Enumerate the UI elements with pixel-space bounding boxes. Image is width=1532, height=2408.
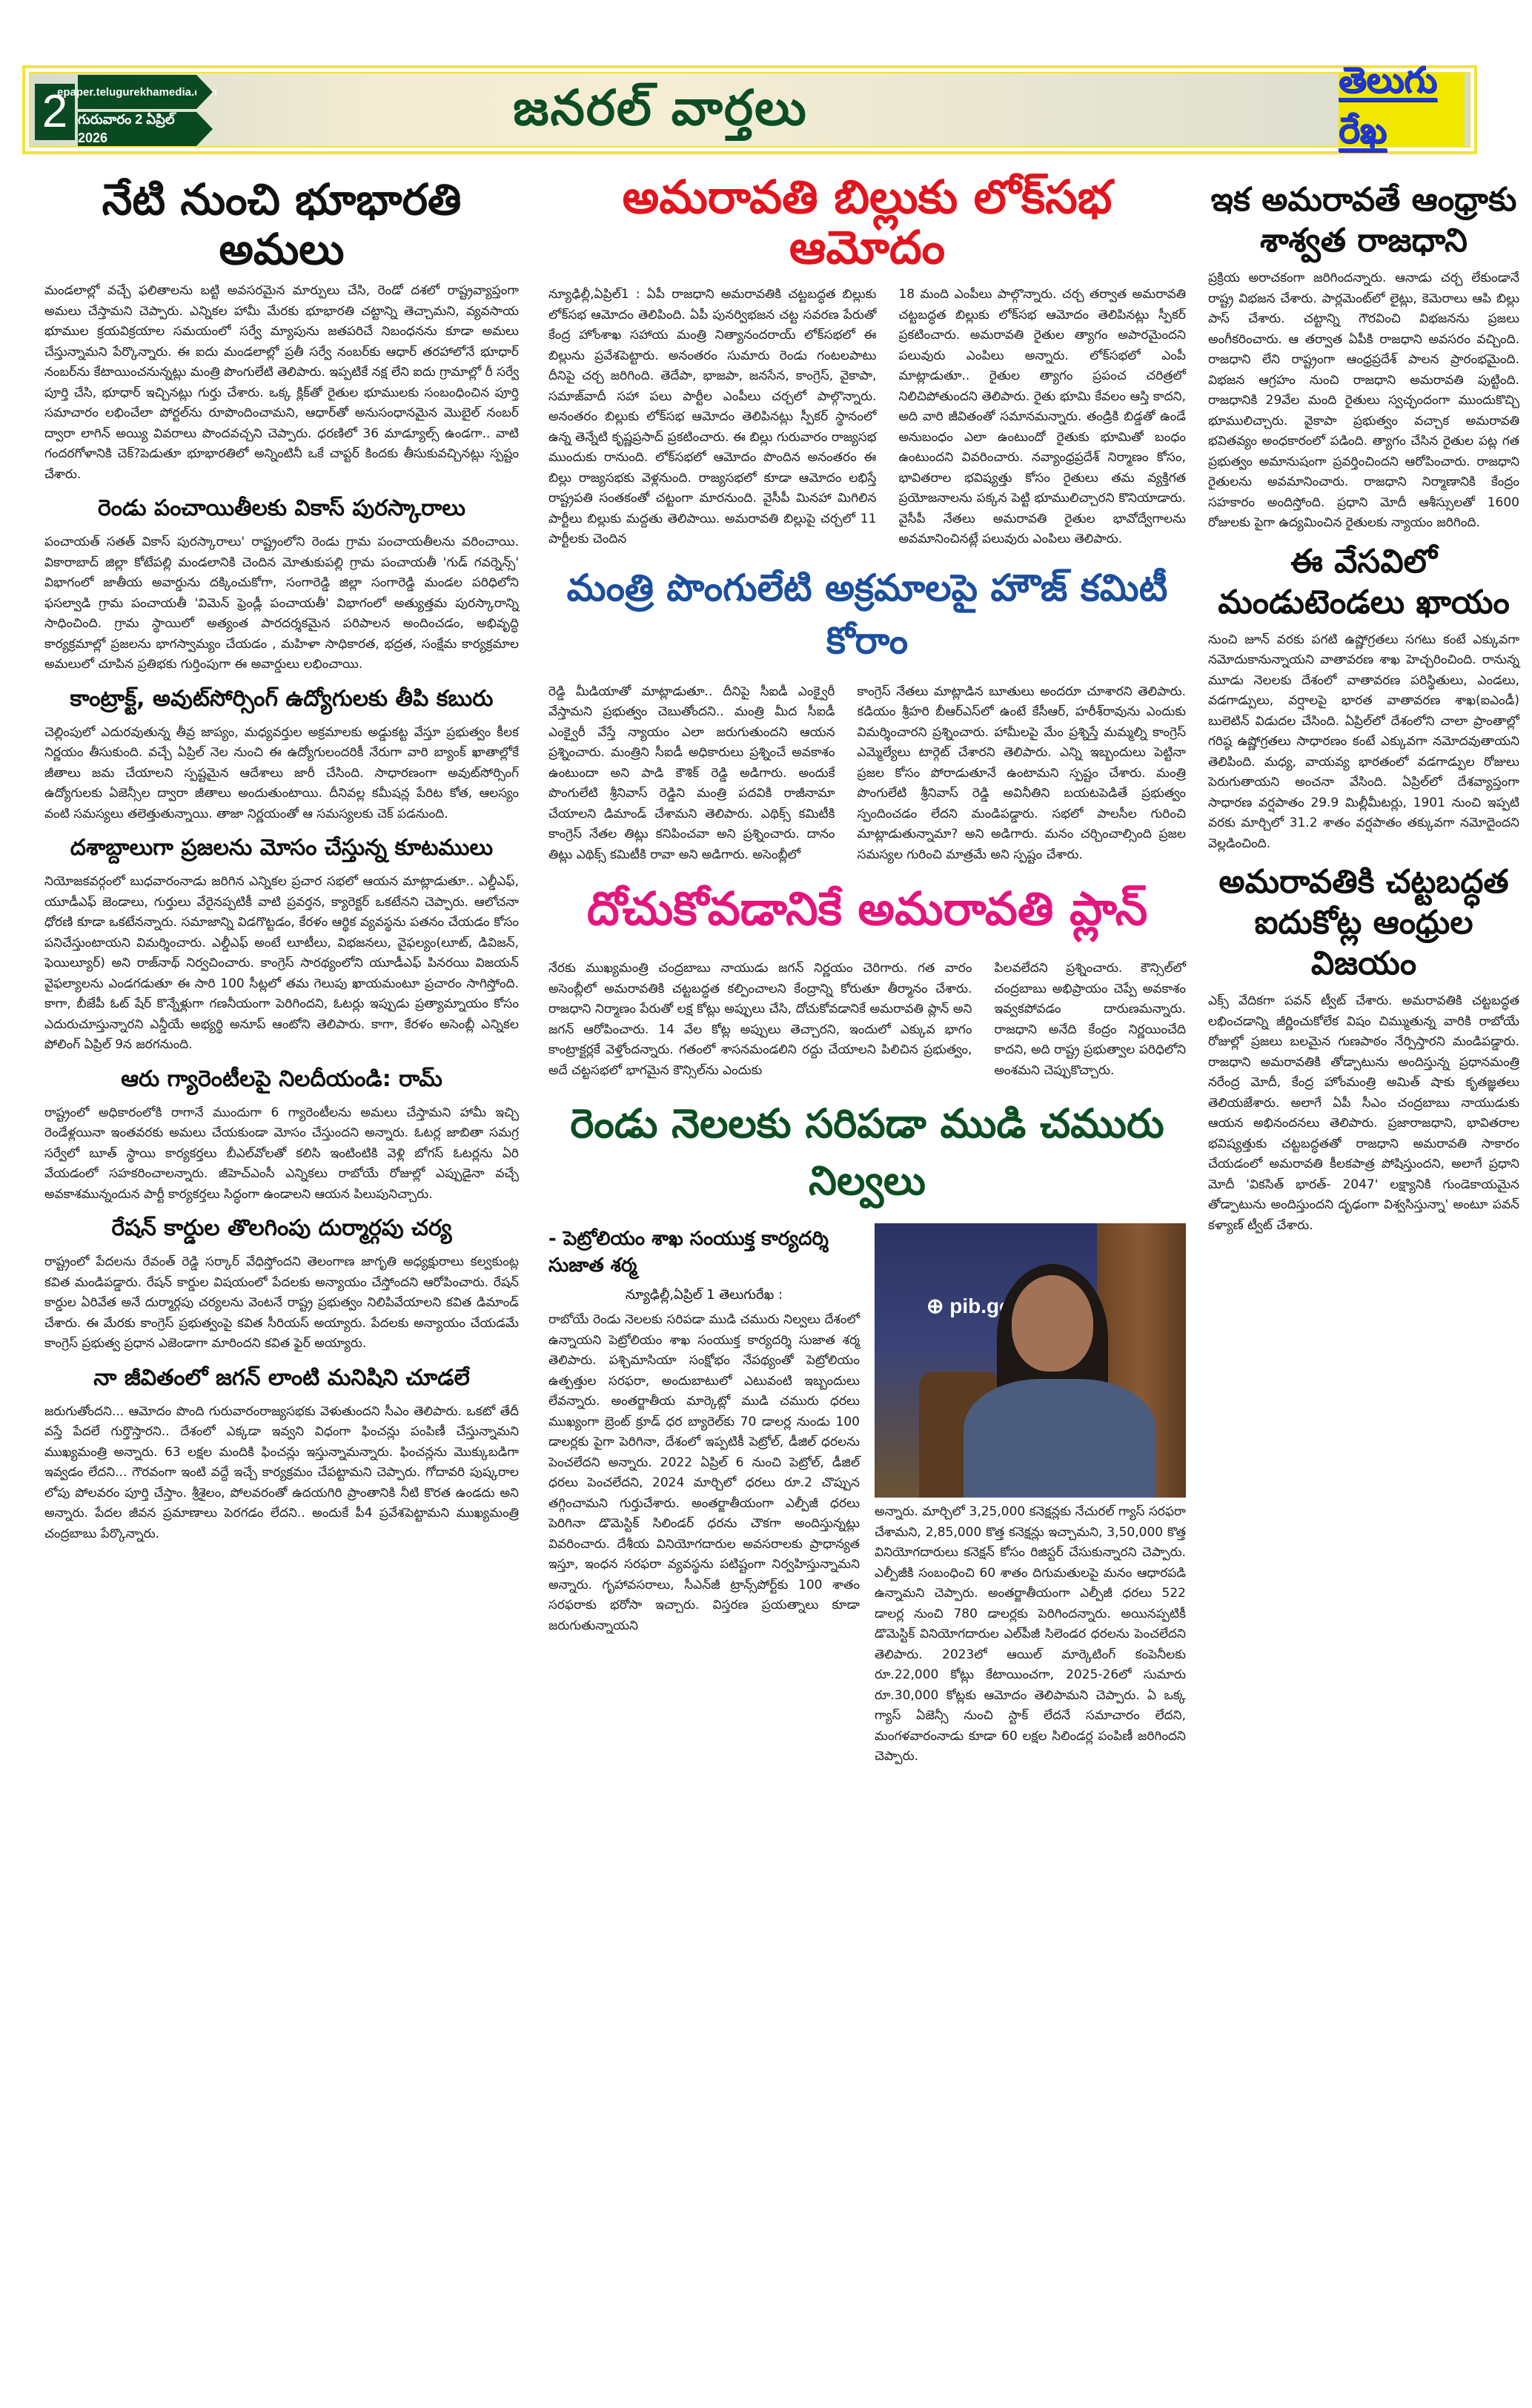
article-body-left: రెడ్డి మీడియాతో మాట్లాడుతూ.. దీనిపై సీఐడ…	[548, 682, 835, 866]
article-body: ప్రక్రియ అరాచకంగా జరిగిందన్నారు. ఆనాడు చ…	[1208, 268, 1519, 534]
middle-column: అమరావతి బిల్లుకు లోక్‌సభ ఆమోదం న్యూఢిల్ల…	[548, 172, 1186, 1767]
headline: కాంట్రాక్ట్, అవుట్‌సోర్సింగ్ ఉద్యోగులకు …	[44, 686, 519, 717]
article-body-left: రాబోయే రెండు నెలలకు సరిపడా ముడి చమురు ని…	[548, 1310, 860, 1636]
brand-name: తెలుగు రేఖ	[1339, 59, 1465, 160]
article-panchayat-awards: రెండు పంచాయితీలకు వికాస్ పురస్కారాలు పంచ…	[44, 495, 519, 675]
epaper-url-link[interactable]: epaper.telugurekhamedia.com	[78, 75, 196, 109]
brand-logo: తెలుగు రేఖ	[1339, 73, 1465, 146]
article-bhubharati: నేటి నుంచి భూభారతి అమలు మండలాల్లో వచ్చే …	[44, 175, 519, 485]
headline: రెండు నెలలకు సరిపడా ముడి చమురు నిల్వలు	[548, 1100, 1186, 1214]
article-permanent-capital: ఇక అమరావతే ఆంధ్రాకు శాశ్వత రాజధాని ప్రక్…	[1208, 179, 1519, 534]
article-body: పంచాయత్ సతత్ వికాస్ పురస్కారాలు' రాష్ట్ర…	[44, 532, 519, 675]
article-amaravati-bill: అమరావతి బిల్లుకు లోక్‌సభ ఆమోదం న్యూఢిల్ల…	[548, 172, 1186, 550]
article-ration-cards: రేషన్ కార్డుల తొలగింపు దుర్మార్గపు చర్య …	[44, 1215, 519, 1354]
right-column: ఇక అమరావతే ఆంధ్రాకు శాశ్వత రాజధాని ప్రక్…	[1208, 172, 1519, 1236]
photo-person-face	[1012, 1275, 1093, 1372]
section-title: జనరల్ వార్తలు	[327, 79, 994, 148]
article-body: జరుగుతోందని... ఆమోదం పొంది గురువారంరాజ్య…	[44, 1402, 519, 1545]
article-body: రాష్ట్రంలో అధికారంలోకి రాగానే ముందుగా 6 …	[44, 1103, 519, 1205]
left-column: నేటి నుంచి భూభారతి అమలు మండలాల్లో వచ్చే …	[44, 172, 519, 1544]
headline: రెండు పంచాయితీలకు వికాస్ పురస్కారాలు	[44, 495, 519, 526]
article-alliances: దశాబ్దాలుగా ప్రజలను మోసం చేస్తున్న కూటము…	[44, 835, 519, 1056]
issue-date: గురువారం 2 ఏప్రిల్ 2026	[78, 112, 196, 146]
article-photo: ⊕ pib.gov	[875, 1223, 1186, 1498]
article-summer-heat: ఈ వేసవిలో మండుటెండలు ఖాయం నుంచి జూన్ వరక…	[1208, 541, 1519, 855]
masthead-banner: 2 epaper.telugurekhamedia.com గురువారం 2…	[29, 72, 1470, 148]
article-andhra-victory: అమరావతికి చట్టబద్ధత ఐదుకోట్ల ఆంధ్రుల విజ…	[1208, 861, 1519, 1236]
headline: నేటి నుంచి భూభారతి అమలు	[44, 175, 519, 274]
article-body: మండలాల్లో వచ్చే ఫలితాలను బట్టి అవసరమైన మ…	[44, 281, 519, 485]
headline: ఆరు గ్యారెంటీలపై నిలదీయండి: రామ్	[44, 1066, 519, 1097]
headline: అమరావతి బిల్లుకు లోక్‌సభ ఆమోదం	[548, 172, 1186, 273]
headline: ఇక అమరావతే ఆంధ్రాకు శాశ్వత రాజధాని	[1208, 179, 1519, 261]
article-six-guarantees: ఆరు గ్యారెంటీలపై నిలదీయండి: రామ్ రాష్ట్ర…	[44, 1066, 519, 1205]
headline: అమరావతికి చట్టబద్ధత ఐదుకోట్ల ఆంధ్రుల విజ…	[1208, 861, 1519, 984]
article-jagan: నా జీవితంలో జగన్ లాంటి మనిషిని చూడలే జరు…	[44, 1365, 519, 1545]
article-amaravati-plan: దోచుకోవడానికే అమరావతి ప్లాన్ నేరకు ముఖ్య…	[548, 881, 1186, 1081]
headline: దోచుకోవడానికే అమరావతి ప్లాన్	[548, 881, 1186, 947]
article-body: చెల్లింపులో ఎదురవుతున్న తీవ్ర జాప్యం, మధ…	[44, 723, 519, 825]
article-house-committee: మంత్రి పొంగులేటి అక్రమాలపై హౌజ్ కమిటీ కో…	[548, 566, 1186, 866]
headline: దశాబ్దాలుగా ప్రజలను మోసం చేస్తున్న కూటము…	[44, 835, 519, 866]
headline: ఈ వేసవిలో మండుటెండలు ఖాయం	[1208, 541, 1519, 623]
article-body: నుంచి జూన్ వరకు పగటి ఉష్ణోగ్రతలు సగటు కం…	[1208, 630, 1519, 855]
headline: రేషన్ కార్డుల తొలగింపు దుర్మార్గపు చర్య	[44, 1215, 519, 1246]
article-body-right: అన్నారు. మార్చిలో 3,25,000 కనెక్షన్లకు న…	[875, 1502, 1186, 1767]
byline: - పెట్రోలియం శాఖ సంయుక్త కార్యదర్శి సుజా…	[548, 1228, 860, 1281]
article-crude-oil-reserves: రెండు నెలలకు సరిపడా ముడి చమురు నిల్వలు -…	[548, 1100, 1186, 1767]
headline: నా జీవితంలో జగన్ లాంటి మనిషిని చూడలే	[44, 1365, 519, 1396]
masthead: 2 epaper.telugurekhamedia.com గురువారం 2…	[22, 65, 1477, 154]
article-body-left: న్యూఢిల్లీ,ఏప్రిల్1 : ఏపీ రాజధాని అమరావత…	[548, 285, 876, 550]
article-body: రాష్ట్రంలో పేదలను రేవంత్ రెడ్డి సర్కార్ …	[44, 1252, 519, 1354]
article-body-right: కాంగ్రెస్ నేతలు మాట్లాడిన బూతులు అందరూ చ…	[858, 682, 1186, 866]
headline: మంత్రి పొంగులేటి అక్రమాలపై హౌజ్ కమిటీ కో…	[548, 566, 1186, 672]
article-body: నియోజకవర్గంలో బుధవారంనాడు జరిగిన ఎన్నికల…	[44, 872, 519, 1056]
dateline: న్యూఢిల్లీ,ఏప్రిల్ 1 తెలుగురేఖ :	[548, 1287, 860, 1306]
article-body-right: పిలవలేదని ప్రశ్నించారు. కౌన్సిల్‌లో చంద్…	[994, 959, 1186, 1081]
article-contract-employees: కాంట్రాక్ట్, అవుట్‌సోర్సింగ్ ఉద్యోగులకు …	[44, 686, 519, 825]
article-body: ఎక్స్ వేదికగా పవన్ ట్వీట్ చేశారు. అమరావత…	[1208, 991, 1519, 1236]
photo-person-body	[964, 1379, 1156, 1498]
article-body-right: 18 మంది ఎంపీలు పాల్గొన్నారు. చర్చ తర్వాత…	[898, 285, 1186, 550]
article-body-left: నేరకు ముఖ్యమంత్రి చంద్రబాబు నాయుడు జగన్ …	[548, 959, 972, 1081]
